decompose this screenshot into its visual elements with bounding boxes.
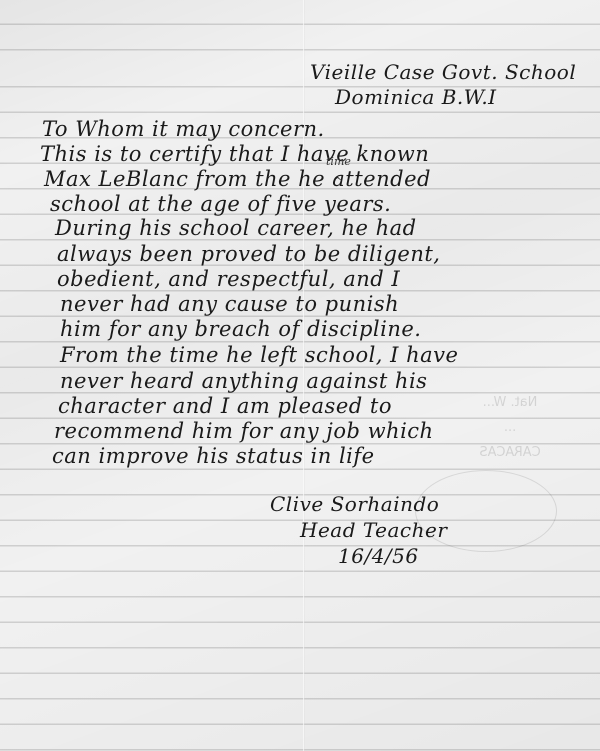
body-line-9: From the time he left school, I have — [60, 343, 458, 367]
salutation: To Whom it may concern. — [42, 117, 325, 141]
body-line-7: never had any cause to punish — [60, 292, 399, 316]
body-line-3: school at the age of five years. — [50, 192, 391, 216]
address-line-1: Vieille Case Govt. School — [310, 60, 576, 84]
signature-name: Clive Sorhaindo — [270, 492, 439, 516]
body-line-10: never heard anything against his — [60, 369, 427, 393]
body-line-4: During his school career, he had — [55, 216, 417, 240]
body-line-11: character and I am pleased to — [58, 394, 392, 418]
body-line-6: obedient, and respectful, and I — [57, 267, 400, 291]
body-line-2: Max LeBlanc from the he attended — [44, 167, 431, 191]
body-line-13: can improve his status in life — [52, 444, 375, 468]
body-line-12: recommend him for any job which — [54, 419, 434, 443]
bleedthrough-stamp-text: Nat. W... ... CARACAS — [430, 390, 590, 465]
body-line-5: always been proved to be diligent, — [57, 242, 441, 266]
letter-date: 16/4/56 — [338, 544, 419, 568]
signature-title: Head Teacher — [300, 518, 447, 542]
body-line-1: This is to certify that I have known — [40, 142, 429, 166]
body-line-8: him for any breach of discipline. — [60, 317, 421, 341]
address-line-2: Dominica B.W.I — [335, 85, 497, 109]
